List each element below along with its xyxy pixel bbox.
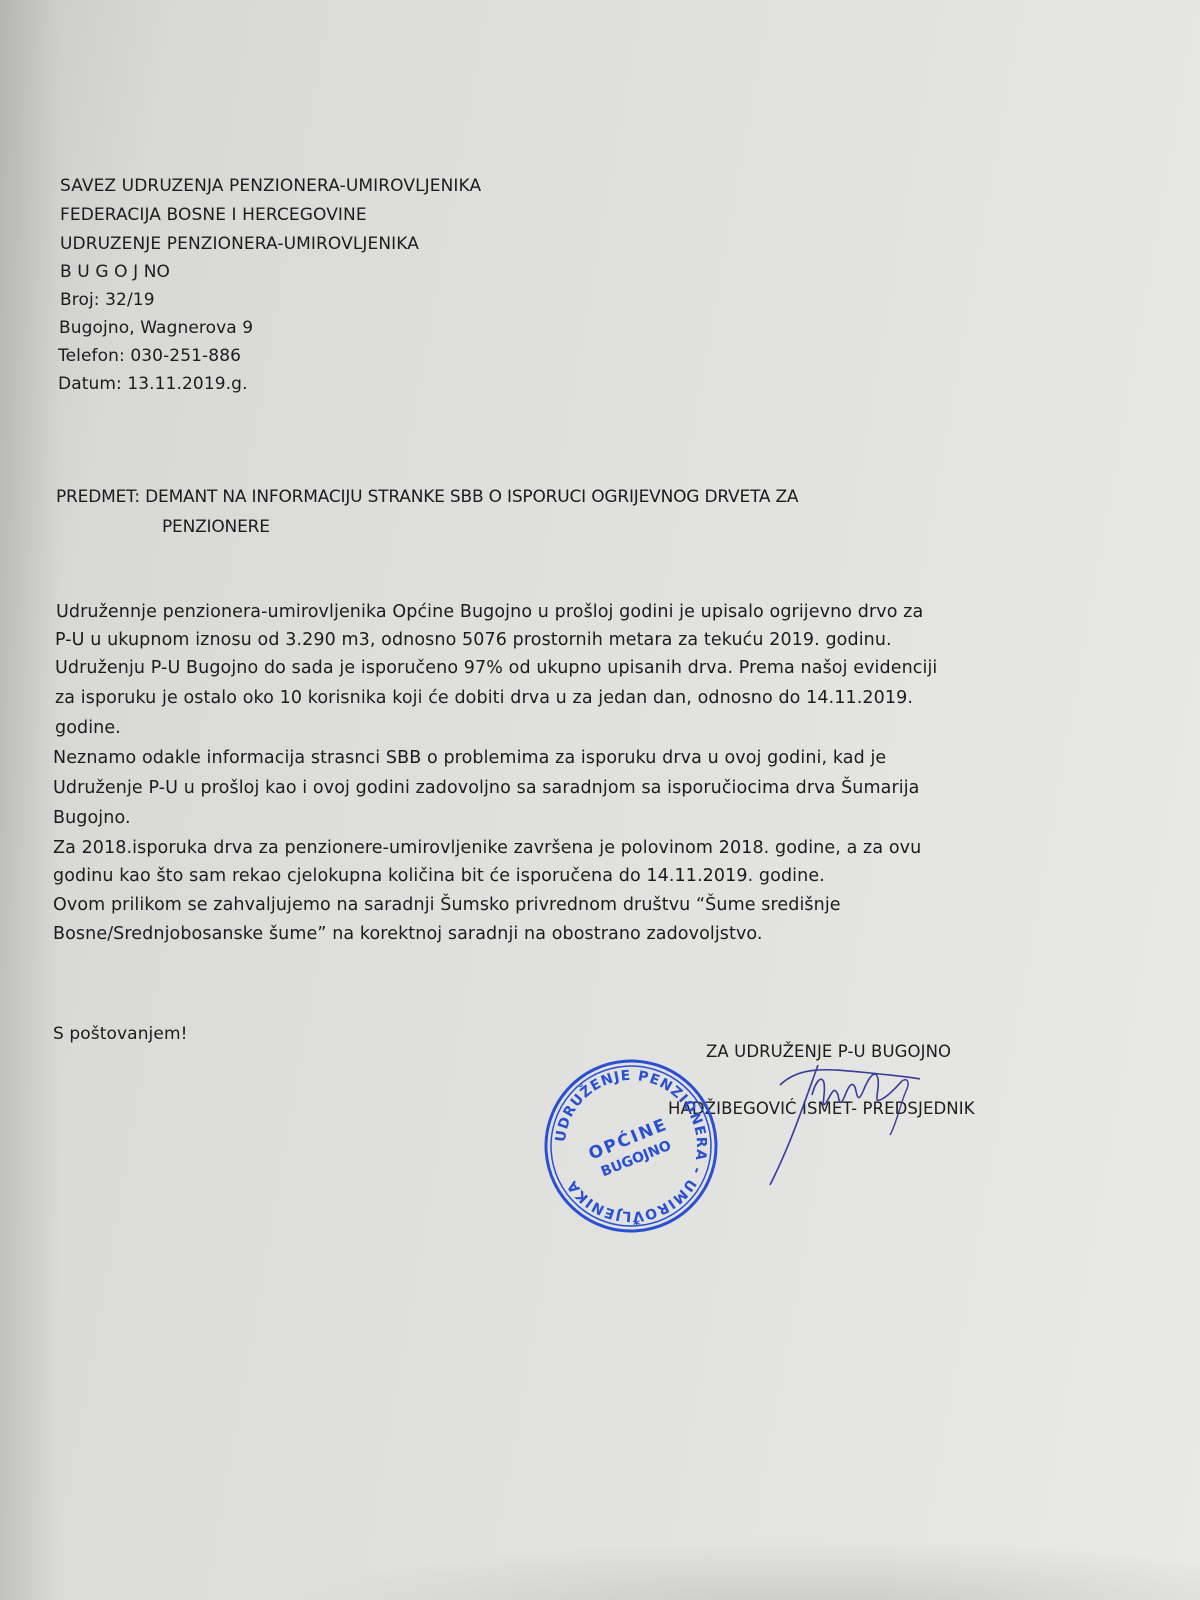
stamp-seal-icon: UDRUŽENJE PENZIONERA - UMIROVLJENIKA * O… [537,1052,725,1240]
body-line: godine. [55,718,121,738]
body-line: Bugojno. [53,808,131,828]
body-line: Neznamo odakle informacija strasnci SBB … [53,748,886,768]
body-line: Bosne/Srednjobosanske šume” na korektnoj… [53,924,763,944]
body-line: Udruženju P-U Bugojno do sada je isporuč… [55,658,937,678]
reference-number: Broj: 32/19 [60,290,155,310]
subject-line: PENZIONERE [162,517,270,537]
body-line: godinu kao što sam rekao cjelokupna koli… [53,866,825,886]
letterhead-line: FEDERACIJA BOSNE I HERCEGOVINE [60,205,367,225]
body-line: Ovom prilikom se zahvaljujemo na saradnj… [53,895,841,915]
subject-line: PREDMET: DEMANT NA INFORMACIJU STRANKE S… [56,487,798,507]
letterhead-line: B U G O J NO [60,262,170,282]
signature-scribble-icon [760,1055,930,1195]
body-line: Udružennje penzionera-umirovljenika Opći… [56,602,923,622]
letterhead-line: SAVEZ UDRUZENJA PENZIONERA-UMIROVLJENIKA [60,176,481,196]
date: Datum: 13.11.2019.g. [58,374,248,394]
phone: Telefon: 030-251-886 [58,346,241,366]
address: Bugojno, Wagnerova 9 [59,318,253,338]
body-line: P-U u ukupnom iznosu od 3.290 m3, odnosn… [55,630,892,650]
salutation: S poštovanjem! [53,1024,188,1044]
body-line: Udruženje P-U u prošloj kao i ovoj godin… [53,778,920,798]
body-line: Za 2018.isporuka drva za penzionere-umir… [53,838,921,858]
paper-shadow-bottom [260,1540,1200,1600]
body-line: za isporuku je ostalo oko 10 korisnika k… [55,688,913,708]
letterhead-line: UDRUZENJE PENZIONERA-UMIROVLJENIKA [60,234,419,254]
official-stamp: UDRUŽENJE PENZIONERA - UMIROVLJENIKA * O… [537,1052,725,1240]
handwritten-signature [760,1055,930,1195]
paper-shadow-left [0,0,60,1600]
